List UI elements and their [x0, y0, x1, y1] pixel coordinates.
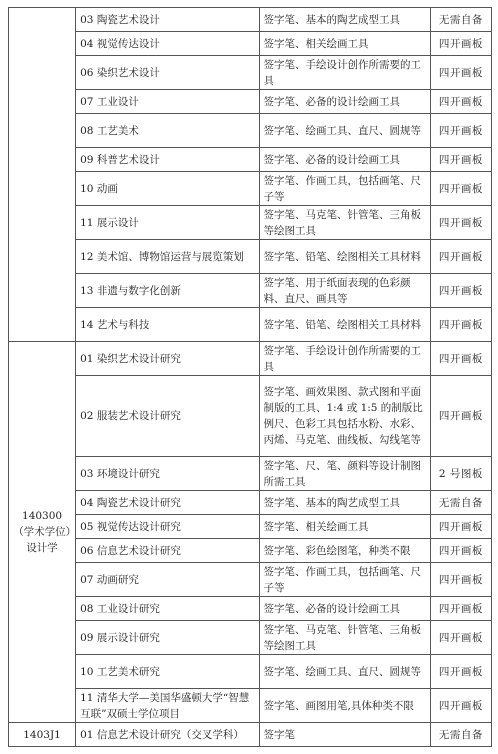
- board-cell: 四开画板: [430, 621, 491, 655]
- exam-materials-table: 03 陶瓷艺术设计 签字笔、基本的陶艺成型工具 无需自备 04 视觉传达设计 签…: [8, 7, 492, 747]
- tools-cell: 签字笔、作画工具，包括画笔、尺子等: [259, 172, 430, 206]
- direction-cell: 01 染织艺术设计研究: [76, 342, 259, 376]
- direction-cell: 07 动画研究: [76, 563, 259, 597]
- tools-cell: 签字笔、手绘设计创作所需要的工具: [259, 56, 430, 90]
- tools-cell: 签字笔、作画工具，包括画笔、尺子等: [259, 563, 430, 597]
- tools-cell: 签字笔、绘画工具、直尺、圆规等: [259, 655, 430, 689]
- direction-cell: 09 科普艺术设计: [76, 148, 259, 172]
- table-row: 08 工艺美术 签字笔、绘画工具、直尺、圆规等 四开画板: [9, 114, 492, 148]
- table-row: 12 美术馆、博物馆运营与展览策划 签字笔、铅笔、绘图相关工具材料 四开画板: [9, 240, 492, 274]
- table-row: 14 艺术与科技 签字笔、铅笔、绘图相关工具材料 四开画板: [9, 308, 492, 342]
- direction-cell: 08 工业设计研究: [76, 597, 259, 621]
- board-cell: 四开画板: [430, 274, 491, 308]
- direction-cell: 06 染织艺术设计: [76, 56, 259, 90]
- direction-cell: 02 服装艺术设计研究: [76, 376, 259, 457]
- program-code-cell: 1403J1: [9, 723, 76, 747]
- direction-cell: 05 视觉传达设计研究: [76, 515, 259, 539]
- tools-cell: 签字笔: [259, 723, 430, 747]
- table-row: 06 染织艺术设计 签字笔、手绘设计创作所需要的工具 四开画板: [9, 56, 492, 90]
- table-row: 04 视觉传达设计 签字笔、相关绘画工具 四开画板: [9, 32, 492, 56]
- table-row: 06 信息艺术设计研究 签字笔、彩色绘图笔，种类不限 四开画板: [9, 539, 492, 563]
- tools-cell: 签字笔、手绘设计创作所需要的工具: [259, 342, 430, 376]
- tools-cell: 签字笔、必备的设计绘画工具: [259, 148, 430, 172]
- table-row: 05 视觉传达设计研究 签字笔、相关绘画工具 四开画板: [9, 515, 492, 539]
- program-code-cell: 140300（学术学位）设计学: [9, 342, 76, 723]
- table-row: 10 工艺美术研究 签字笔、绘画工具、直尺、圆规等 四开画板: [9, 655, 492, 689]
- table-row: 13 非遗与数字化创新 签字笔、用于纸面表现的色彩颜料、直尺、画具等 四开画板: [9, 274, 492, 308]
- board-cell: 四开画板: [430, 32, 491, 56]
- tools-cell: 签字笔、基本的陶艺成型工具: [259, 491, 430, 515]
- table-row: 07 动画研究 签字笔、作画工具，包括画笔、尺子等 四开画板: [9, 563, 492, 597]
- tools-cell: 签字笔、必备的设计绘画工具: [259, 90, 430, 114]
- direction-cell: 03 环境设计研究: [76, 457, 259, 491]
- program-code-cell: [9, 8, 76, 342]
- board-cell: 四开画板: [430, 114, 491, 148]
- tools-cell: 签字笔、绘画工具、直尺、圆规等: [259, 114, 430, 148]
- direction-cell: 06 信息艺术设计研究: [76, 539, 259, 563]
- tools-cell: 签字笔、尺、笔、颜料等设计制图所需工具: [259, 457, 430, 491]
- board-cell: 四开画板: [430, 56, 491, 90]
- table-row: 03 陶瓷艺术设计 签字笔、基本的陶艺成型工具 无需自备: [9, 8, 492, 32]
- direction-cell: 04 视觉传达设计: [76, 32, 259, 56]
- direction-cell: 09 展示设计研究: [76, 621, 259, 655]
- tools-cell: 签字笔、马克笔、针管笔、三角板等绘图工具: [259, 206, 430, 240]
- direction-cell: 11 展示设计: [76, 206, 259, 240]
- tools-cell: 签字笔、画效果图、款式图和平面制版的工具、1:4 或 1:5 的制版比例尺、色彩…: [259, 376, 430, 457]
- table-row: 02 服装艺术设计研究 签字笔、画效果图、款式图和平面制版的工具、1:4 或 1…: [9, 376, 492, 457]
- table-row: 11 展示设计 签字笔、马克笔、针管笔、三角板等绘图工具 四开画板: [9, 206, 492, 240]
- board-cell: 四开画板: [430, 539, 491, 563]
- direction-cell: 11 清华大学—美国华盛顿大学“智慧互联”双硕士学位项目: [76, 689, 259, 723]
- tools-cell: 签字笔、相关绘画工具: [259, 32, 430, 56]
- direction-cell: 08 工艺美术: [76, 114, 259, 148]
- direction-cell: 04 陶瓷艺术设计研究: [76, 491, 259, 515]
- direction-cell: 10 动画: [76, 172, 259, 206]
- tools-cell: 签字笔、铅笔、绘图相关工具材料: [259, 240, 430, 274]
- tools-cell: 签字笔、画图用笔,具体种类不限: [259, 689, 430, 723]
- tools-cell: 签字笔、相关绘画工具: [259, 515, 430, 539]
- board-cell: 四开画板: [430, 206, 491, 240]
- board-cell: 四开画板: [430, 597, 491, 621]
- tools-cell: 签字笔、必备的设计绘画工具: [259, 597, 430, 621]
- board-cell: 无需自备: [430, 8, 491, 32]
- board-cell: 四开画板: [430, 342, 491, 376]
- direction-cell: 12 美术馆、博物馆运营与展览策划: [76, 240, 259, 274]
- table-row: 04 陶瓷艺术设计研究 签字笔、基本的陶艺成型工具 无需自备: [9, 491, 492, 515]
- tools-cell: 签字笔、彩色绘图笔，种类不限: [259, 539, 430, 563]
- board-cell: 无需自备: [430, 491, 491, 515]
- table-row: 1403J1 01 信息艺术设计研究（交叉学科） 签字笔 无需自备: [9, 723, 492, 747]
- table-row: 140300（学术学位）设计学 01 染织艺术设计研究 签字笔、手绘设计创作所需…: [9, 342, 492, 376]
- direction-cell: 14 艺术与科技: [76, 308, 259, 342]
- board-cell: 四开画板: [430, 308, 491, 342]
- board-cell: 四开画板: [430, 563, 491, 597]
- tools-cell: 签字笔、基本的陶艺成型工具: [259, 8, 430, 32]
- direction-cell: 07 工业设计: [76, 90, 259, 114]
- table-row: 09 科普艺术设计 签字笔、必备的设计绘画工具 四开画板: [9, 148, 492, 172]
- board-cell: 四开画板: [430, 240, 491, 274]
- board-cell: 四开画板: [430, 515, 491, 539]
- tools-cell: 签字笔、马克笔、针管笔、三角板等绘图工具: [259, 621, 430, 655]
- board-cell: 四开画板: [430, 90, 491, 114]
- table-row: 08 工业设计研究 签字笔、必备的设计绘画工具 四开画板: [9, 597, 492, 621]
- board-cell: 2 号图板: [430, 457, 491, 491]
- direction-cell: 01 信息艺术设计研究（交叉学科）: [76, 723, 259, 747]
- direction-cell: 10 工艺美术研究: [76, 655, 259, 689]
- direction-cell: 13 非遗与数字化创新: [76, 274, 259, 308]
- tools-cell: 签字笔、用于纸面表现的色彩颜料、直尺、画具等: [259, 274, 430, 308]
- board-cell: 四开画板: [430, 376, 491, 457]
- board-cell: 四开画板: [430, 689, 491, 723]
- table-row: 09 展示设计研究 签字笔、马克笔、针管笔、三角板等绘图工具 四开画板: [9, 621, 492, 655]
- table-row: 07 工业设计 签字笔、必备的设计绘画工具 四开画板: [9, 90, 492, 114]
- table-row: 11 清华大学—美国华盛顿大学“智慧互联”双硕士学位项目 签字笔、画图用笔,具体…: [9, 689, 492, 723]
- tools-cell: 签字笔、铅笔、绘图相关工具材料: [259, 308, 430, 342]
- board-cell: 四开画板: [430, 148, 491, 172]
- direction-cell: 03 陶瓷艺术设计: [76, 8, 259, 32]
- board-cell: 无需自备: [430, 723, 491, 747]
- board-cell: 四开画板: [430, 172, 491, 206]
- table-row: 03 环境设计研究 签字笔、尺、笔、颜料等设计制图所需工具 2 号图板: [9, 457, 492, 491]
- board-cell: 四开画板: [430, 655, 491, 689]
- table-row: 10 动画 签字笔、作画工具，包括画笔、尺子等 四开画板: [9, 172, 492, 206]
